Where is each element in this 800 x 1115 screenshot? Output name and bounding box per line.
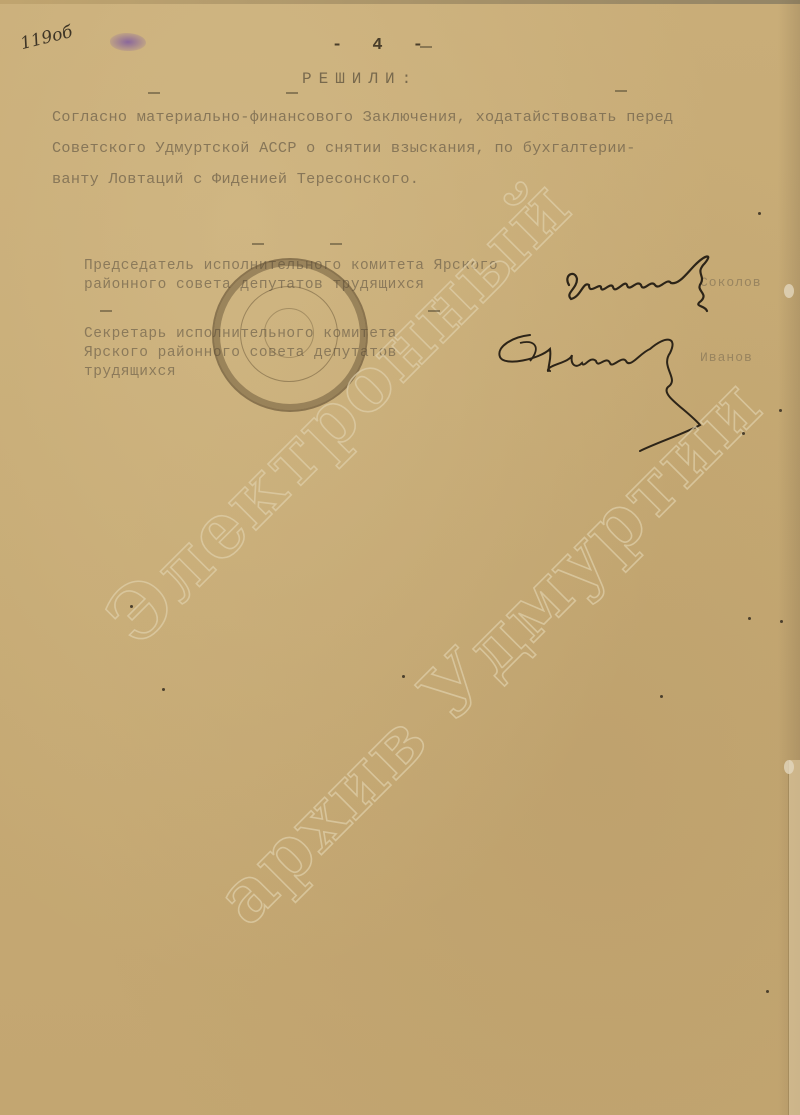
paper-speck — [742, 432, 745, 435]
chairman-signature-icon — [555, 245, 735, 315]
body-line: ванту Ловтаций с Фиденией Тересонского. — [52, 164, 792, 195]
typed-dash — [330, 243, 342, 245]
typed-dash — [420, 46, 432, 48]
body-line: Согласно материально-финансового Заключе… — [52, 102, 792, 133]
paper-speck — [779, 409, 782, 412]
document-page: 119об - 4 - РЕШИЛИ: Согласно материально… — [0, 0, 800, 1115]
typed-dash — [100, 310, 112, 312]
archive-sheet-number: 119об — [18, 22, 74, 54]
ink-stamp-mark — [110, 33, 146, 51]
paper-speck — [130, 605, 133, 608]
typed-dash — [615, 90, 627, 92]
paper-speck — [758, 212, 761, 215]
resolution-body: Согласно материально-финансового Заключе… — [52, 102, 792, 195]
resolution-heading: РЕШИЛИ: — [302, 70, 418, 88]
page-margin-strip — [788, 760, 800, 1115]
paper-speck — [660, 695, 663, 698]
body-line: Советского Удмуртской АССР о снятии взыс… — [52, 133, 792, 164]
typed-dash — [286, 92, 298, 94]
paper-speck — [162, 688, 165, 691]
paper-speck — [402, 675, 405, 678]
paper-speck — [748, 617, 751, 620]
paper-hole — [784, 284, 794, 298]
paper-speck — [766, 990, 769, 993]
seal-emblem — [264, 308, 314, 358]
page-number: - 4 - — [332, 36, 433, 55]
paper-hole — [784, 760, 794, 774]
typed-dash — [252, 243, 264, 245]
typed-dash — [148, 92, 160, 94]
page-top-edge — [0, 0, 800, 4]
typed-dash — [428, 310, 440, 312]
paper-speck — [780, 620, 783, 623]
